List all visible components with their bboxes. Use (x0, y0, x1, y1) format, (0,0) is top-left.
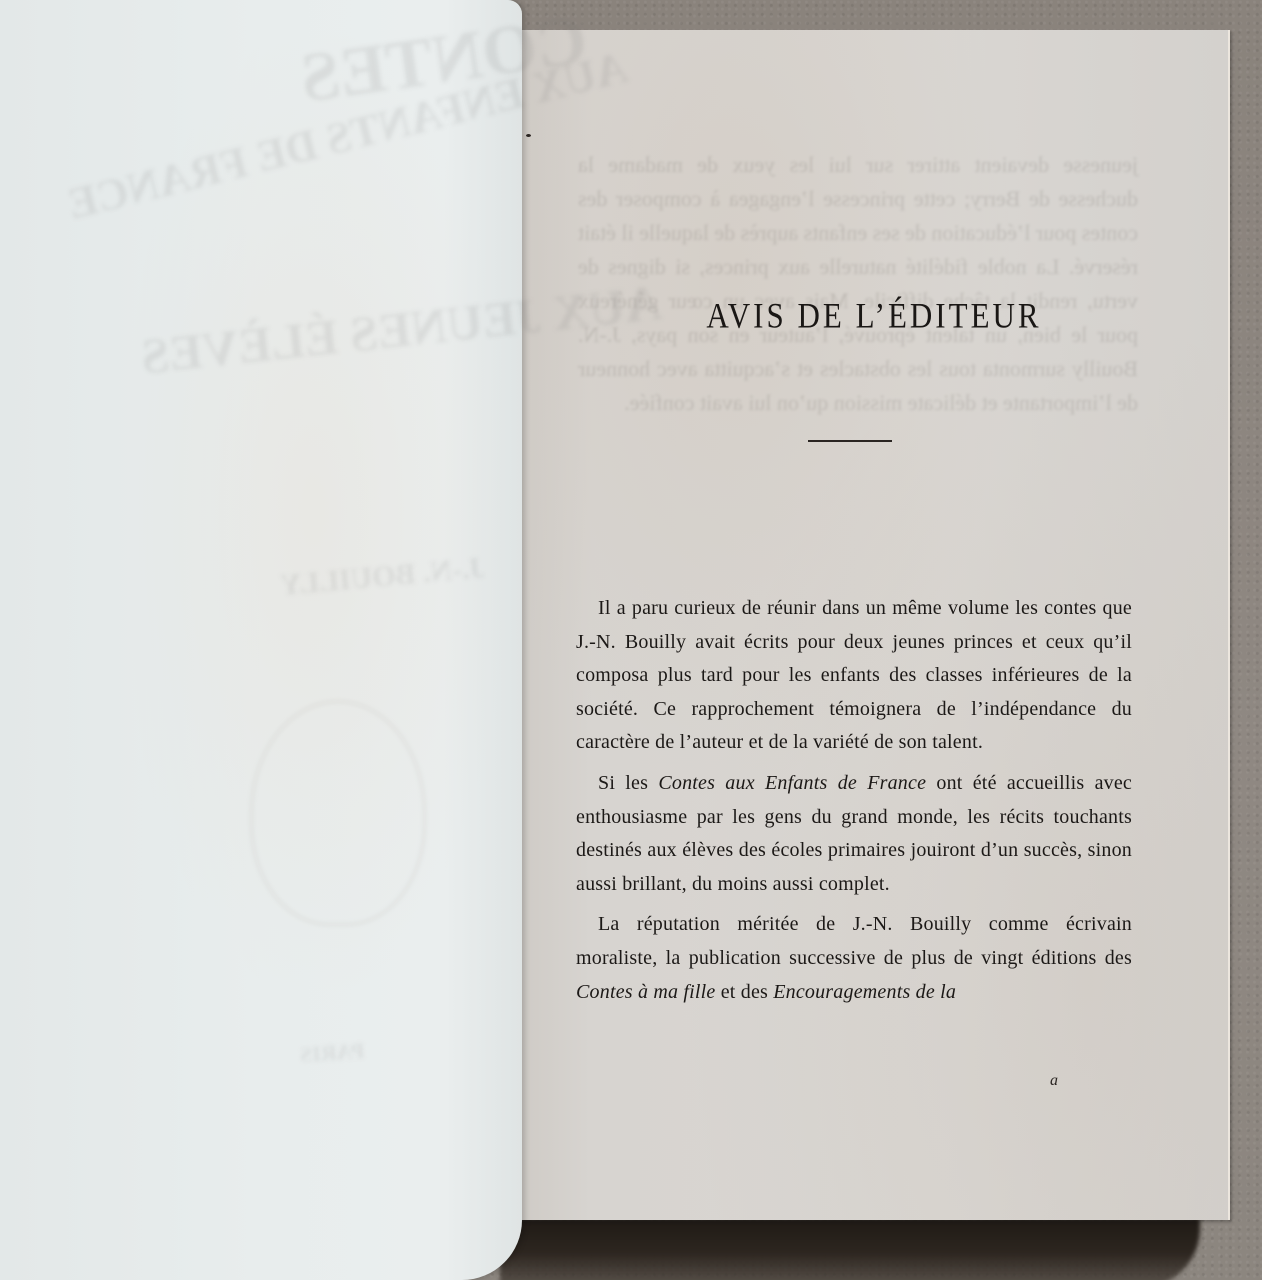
paragraph-3-book-title-1: Contes à ma fille (576, 981, 716, 1003)
paragraph-3-book-title-2: Encouragements de la (773, 981, 956, 1003)
left-page: CONTES AUX ENFANTS DE FRANCE AUX JEUNES … (0, 0, 522, 1280)
paragraph-2: Si les Contes aux Enfants de France ont … (576, 767, 1132, 901)
paragraph-2-book-title: Contes aux Enfants de France (658, 772, 926, 794)
left-ghost-line-5: PARIS (299, 1038, 365, 1068)
paragraph-2-text-a: Si les (598, 772, 658, 794)
paragraph-3-text-b: et des (716, 981, 774, 1003)
left-ghost-emblem (250, 700, 426, 926)
paragraph-1: Il a paru curieux de réunir dans un même… (576, 592, 1132, 760)
paragraph-3: La réputation méritée de J.-N. Bouilly c… (576, 908, 1132, 1009)
signature-mark: a (1050, 1072, 1058, 1090)
page-title: AVIS DE L’ÉDITEUR (520, 295, 1228, 336)
title-rule (808, 440, 892, 442)
book-shadow (500, 1218, 1200, 1280)
body-text: Il a paru curieux de réunir dans un même… (576, 592, 1132, 1016)
paragraph-1-text: Il a paru curieux de réunir dans un même… (576, 597, 1132, 753)
ink-speck (526, 134, 531, 137)
left-ghost-line-4: J.-N. BOUILLY (279, 551, 486, 603)
bleed-through-text: jeunesse devaient attirer sur lui les ye… (578, 148, 1138, 420)
paragraph-3-text-a: La réputation méritée de J.-N. Bouilly c… (576, 913, 1132, 969)
right-page: jeunesse devaient attirer sur lui les ye… (520, 30, 1230, 1220)
